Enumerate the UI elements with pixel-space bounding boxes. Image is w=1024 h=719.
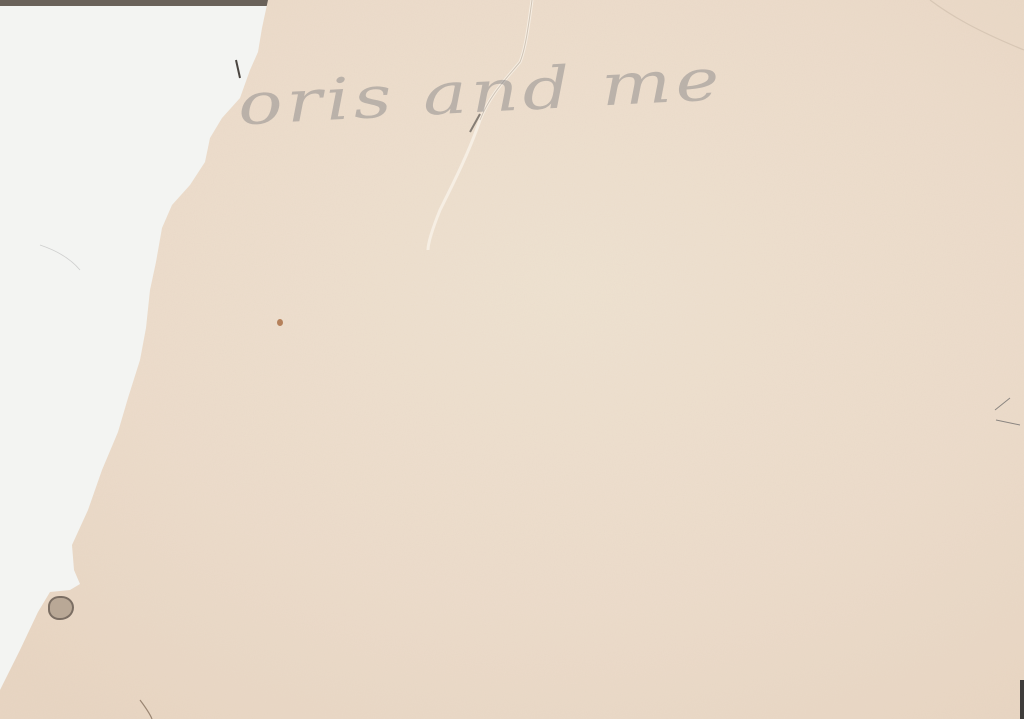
scanned-document: oris and me (0, 0, 1024, 719)
rust-spot (277, 319, 283, 326)
scan-edge-shadow (1020, 680, 1024, 719)
